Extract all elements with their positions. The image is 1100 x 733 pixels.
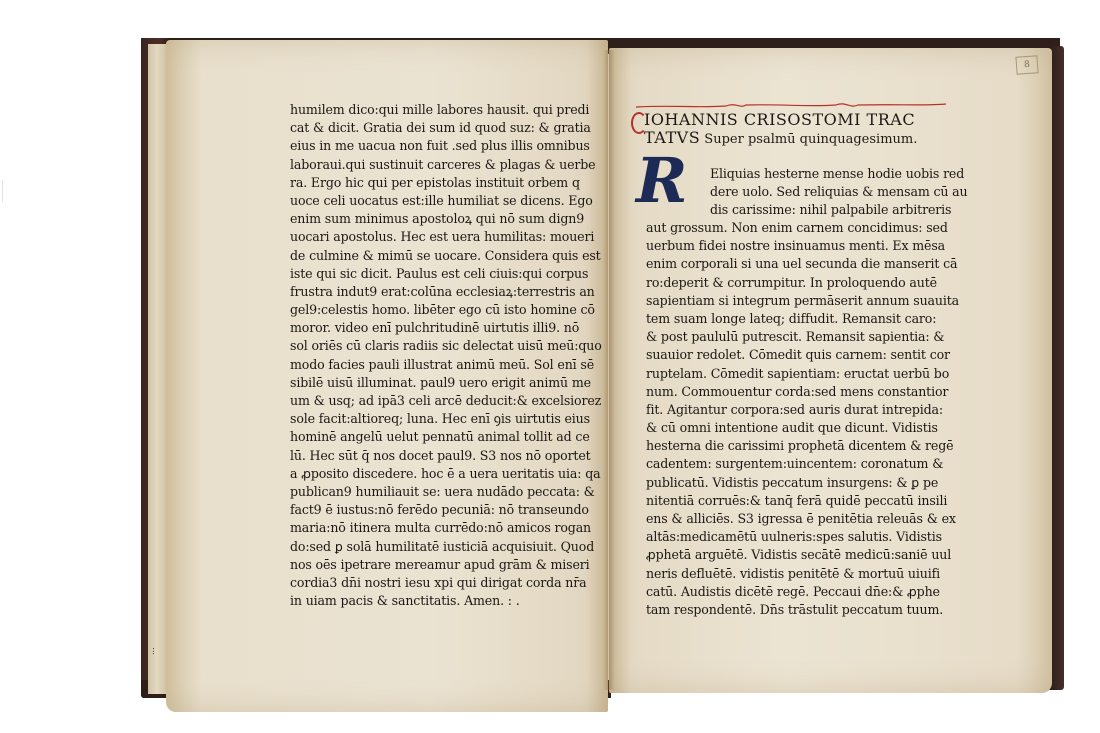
text-line: dere uolo. Sed reliquias & mensam cū au — [710, 183, 968, 201]
text-line: frustra indut9 erat:colūna ecclesiaꝝ:ter… — [290, 283, 602, 301]
text-line: moror. video enī pulchritudinē uirtutis … — [290, 319, 602, 337]
text-line: ens & alliciēs. S3 igressa ē penitētia r… — [646, 510, 959, 528]
text-line: suauior redolet. Cōmedit quis carnem: se… — [646, 346, 959, 364]
text-line: modo facies pauli illustrat animū meū. S… — [290, 356, 602, 374]
text-line: num. Commouentur corda:sed mens constant… — [646, 383, 959, 401]
text-line: sole facit:altioreq; luna. Hec enī ꝯis u… — [290, 410, 602, 428]
text-line: aut grossum. Non enim carnem concidimus:… — [646, 219, 959, 237]
text-line: publicatū. Vidistis peccatum insurgens: … — [646, 474, 959, 492]
edge-mark — [2, 180, 9, 202]
text-line: & post paululū putrescit. Remansit sapie… — [646, 328, 959, 346]
text-line: um & usq; ad ipā3 celi arcē deducit:& ex… — [290, 392, 602, 410]
text-line: ꝓphetā arguētē. Vidistis secātē medicū:s… — [646, 546, 959, 564]
spine-label: ... — [147, 647, 156, 655]
text-line: maria:nō itinera multa currēdo:nō amicos… — [290, 519, 602, 537]
text-line: ra. Ergo hic qui per epistolas instituit… — [290, 174, 602, 192]
text-line: sapientiam si integrum permāserit annum … — [646, 292, 959, 310]
text-line: a ꝓposito discedere. hoc ē a uera uerita… — [290, 465, 602, 483]
text-line: de culmine & mimū se uocare. Considera q… — [290, 247, 602, 265]
text-line: nitentiā corruēs:& tanq̄ ferā quidē pecc… — [646, 492, 959, 510]
left-page-text: humilem dico:qui mille labores hausit. q… — [290, 101, 602, 610]
right-page-text: aut grossum. Non enim carnem concidimus:… — [646, 219, 959, 619]
text-line: tam respondentē. Dn̄s trāstulit peccatum… — [646, 601, 959, 619]
text-line: cadentem: surgentem:uincentem: coronatum… — [646, 455, 959, 473]
text-line: uocari apostolus. Hec est uera humilitas… — [290, 228, 602, 246]
text-line: laboraui.qui sustinuit carceres & plagas… — [290, 156, 602, 174]
text-line: cordia3 dn̄i nostri iesu xpi qui dirigat… — [290, 574, 602, 592]
text-line: neris defluētē. vidistis penitētē & mort… — [646, 565, 959, 583]
rubric-flourish — [636, 100, 946, 110]
text-line: altās:medicamētū uulneris:spes salutis. … — [646, 528, 959, 546]
text-line: & cū omni intentione audit que dicunt. V… — [646, 419, 959, 437]
text-line: ro:deperit & corrumpitur. In proloquendo… — [646, 274, 959, 292]
text-line: enim sum minimus apostoloꝝ qui nō sum di… — [290, 210, 602, 228]
text-line: cat & dicit. Gratia dei sum id quod suz:… — [290, 119, 602, 137]
text-line: uerbum fidei nostre insinuamus menti. Ex… — [646, 237, 959, 255]
text-line: fit. Agitantur corpora:sed auris durat i… — [646, 401, 959, 419]
heading-rest: Super psalmū quinquagesimum. — [700, 132, 917, 147]
right-page-indented-text: Eliquias hesterne mense hodie uobis redd… — [710, 165, 968, 220]
text-line: hominē angelū uelut pennatū animal tolli… — [290, 428, 602, 446]
text-line: catū. Audistis dicētē regē. Peccaui dn̄e… — [646, 583, 959, 601]
text-line: nos oēs ipetrare mereamur apud grām & mi… — [290, 556, 602, 574]
text-line: dis carissime: nihil palpabile arbitreri… — [710, 201, 968, 219]
text-line: lū. Hec sūt q̄ nos docet paul9. S3 nos n… — [290, 447, 602, 465]
text-line: ruptelam. Cōmedit sapientiam: eructat ue… — [646, 365, 959, 383]
text-line: humilem dico:qui mille labores hausit. q… — [290, 101, 602, 119]
text-line: eius in me uacua non fuit .sed plus illi… — [290, 137, 602, 155]
text-line: sibilē uisū illuminat. paul9 uero erigit… — [290, 374, 602, 392]
text-line: do:sed ꝑ solā humilitatē iusticiā acquis… — [290, 538, 602, 556]
text-line: uoce celi uocatus est:ille humiliat se d… — [290, 192, 602, 210]
text-line: iste qui sic dicit. Paulus est celi ciui… — [290, 265, 602, 283]
text-line: enim corporali si una uel secunda die ma… — [646, 255, 959, 273]
folio-number: 8 — [1015, 55, 1038, 74]
text-line: fact9 ē iustus:nō ferēdo pecuniā: nō tra… — [290, 501, 602, 519]
text-line: sol oriēs cū claris radiis sic delectat … — [290, 337, 602, 355]
book-gutter — [603, 50, 615, 690]
text-line: in uiam pacis & sanctitatis. Amen. : . — [290, 592, 602, 610]
text-line: tem suam longe lateq; diffudit. Remansit… — [646, 310, 959, 328]
text-line: gel9:celestis homo. libēter ego cū isto … — [290, 301, 602, 319]
heading-line-1: IOHANNIS CRISOSTOMI TRAC — [644, 110, 917, 129]
text-line: publican9 humiliauit se: uera nudādo pec… — [290, 483, 602, 501]
decorated-initial-r: R — [636, 150, 688, 212]
text-line: hesterna die carissimi prophetā dicentem… — [646, 437, 959, 455]
text-line: Eliquias hesterne mense hodie uobis red — [710, 165, 968, 183]
